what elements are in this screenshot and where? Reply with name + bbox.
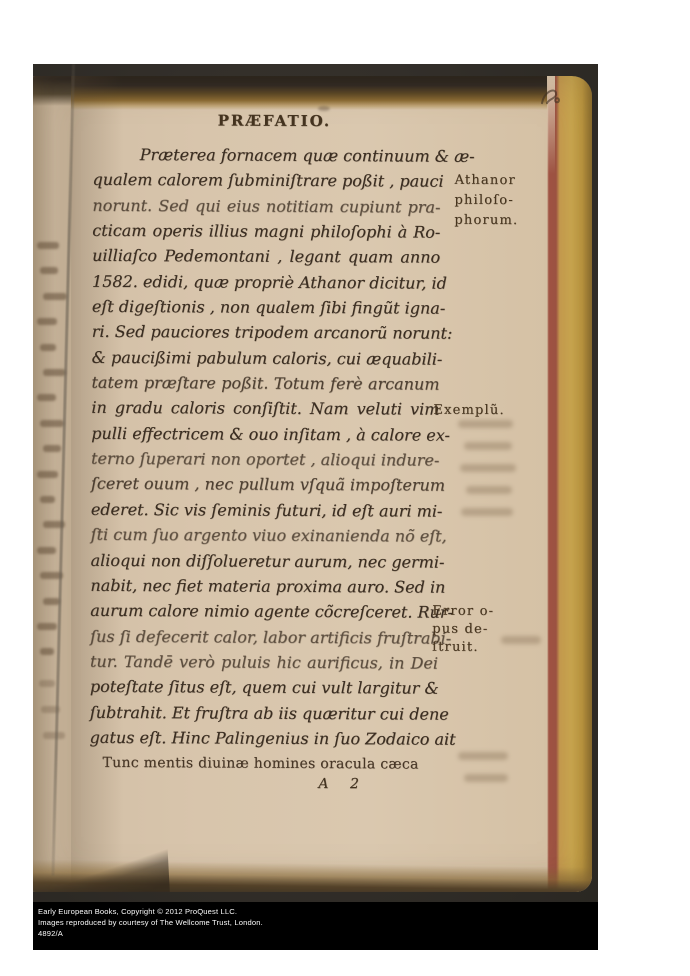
body-line: tur. Tandē verò puluis hic aurificus, in… bbox=[90, 649, 438, 676]
body-line: tatem præſtare poßit. Totum ferè arcanum bbox=[91, 370, 439, 397]
margin-note-error: Error o- pus de- ſtruit. bbox=[432, 603, 536, 658]
ink-smudge bbox=[318, 106, 330, 111]
page-text-layer: PRÆFATIO. Præterea fornacem quæ continuu… bbox=[33, 64, 598, 902]
caption-line-credit: Images reproduced by courtesy of The Wel… bbox=[38, 918, 598, 929]
body-line: cticam operis illius magni philoſophi à … bbox=[92, 218, 440, 245]
body-line: pulli effectricem & ouo inſitam , à calo… bbox=[91, 421, 439, 448]
body-line: ſus ſi defecerit calor, labor artificis … bbox=[90, 623, 438, 650]
body-line: poteſtate ſitus eſt, quem cui vult largi… bbox=[90, 674, 438, 701]
viewer-canvas: PRÆFATIO. Præterea fornacem quæ continuu… bbox=[0, 0, 690, 976]
caption-line-shelfmark: 4892/A bbox=[38, 929, 598, 940]
body-line: ri. Sed pauciores tripodem arcanorũ noru… bbox=[92, 319, 440, 346]
signature-mark: A 2 bbox=[318, 776, 359, 792]
body-line: eſt digeſtionis , non qualem ſibi fingũt… bbox=[92, 294, 440, 321]
body-line: alioqui non diſſolueretur aurum, nec ger… bbox=[91, 547, 439, 574]
body-line: ſceret ouum , nec pullum vſquã impoſteru… bbox=[91, 471, 439, 498]
body-line: Præterea fornacem quæ continuum & æ- bbox=[93, 142, 441, 169]
body-line: & paucißimi pabulum caloris, cui æquabil… bbox=[92, 345, 440, 372]
handwritten-ink-mark-icon bbox=[535, 83, 565, 111]
body-line: in gradu caloris conſiſtit. Nam veluti v… bbox=[91, 395, 439, 422]
body-line: uilliaſco Pedemontani , legant quam anno bbox=[92, 243, 440, 270]
body-line: nabit, nec fiet materia proxima auro. Se… bbox=[90, 573, 438, 600]
body-line: norunt. Sed qui eius notitiam cupiunt pr… bbox=[92, 193, 440, 220]
body-line: terno ſuperari non oportet , alioqui ind… bbox=[91, 446, 439, 473]
body-line: gatus eſt. Hinc Palingenius in ſuo Zodai… bbox=[90, 725, 438, 752]
body-line: aurum calore nimio agente cõcreſceret. R… bbox=[90, 598, 438, 625]
body-text-block: Præterea fornacem quæ continuum & æ- qua… bbox=[90, 142, 441, 752]
body-line: ſti cum ſuo argento viuo exinanienda nõ … bbox=[91, 522, 439, 549]
margin-note-exemplum: Exemplũ. bbox=[433, 402, 537, 421]
page-title: PRÆFATIO. bbox=[202, 111, 347, 130]
caption-line-copyright: Early European Books, Copyright © 2012 P… bbox=[38, 907, 598, 918]
margin-note-athanor: Athanor philoſo- phorum. bbox=[454, 171, 558, 232]
body-line: qualem calorem ſubminiſtrare poßit , pau… bbox=[93, 167, 441, 194]
quote-line: Tunc mentis diuinæ homines oracula cæca bbox=[102, 755, 432, 774]
body-line: 1582. edidi, quæ propriè Athanor dicitur… bbox=[92, 269, 440, 296]
body-line: ederet. Sic vis ſeminis futuri, id eſt a… bbox=[91, 497, 439, 524]
book-scan-photo: PRÆFATIO. Præterea fornacem quæ continuu… bbox=[33, 64, 598, 902]
body-line: ſubtrahit. Et fruſtra ab iis quæritur cu… bbox=[90, 699, 438, 726]
caption-bar: Early European Books, Copyright © 2012 P… bbox=[33, 902, 598, 950]
